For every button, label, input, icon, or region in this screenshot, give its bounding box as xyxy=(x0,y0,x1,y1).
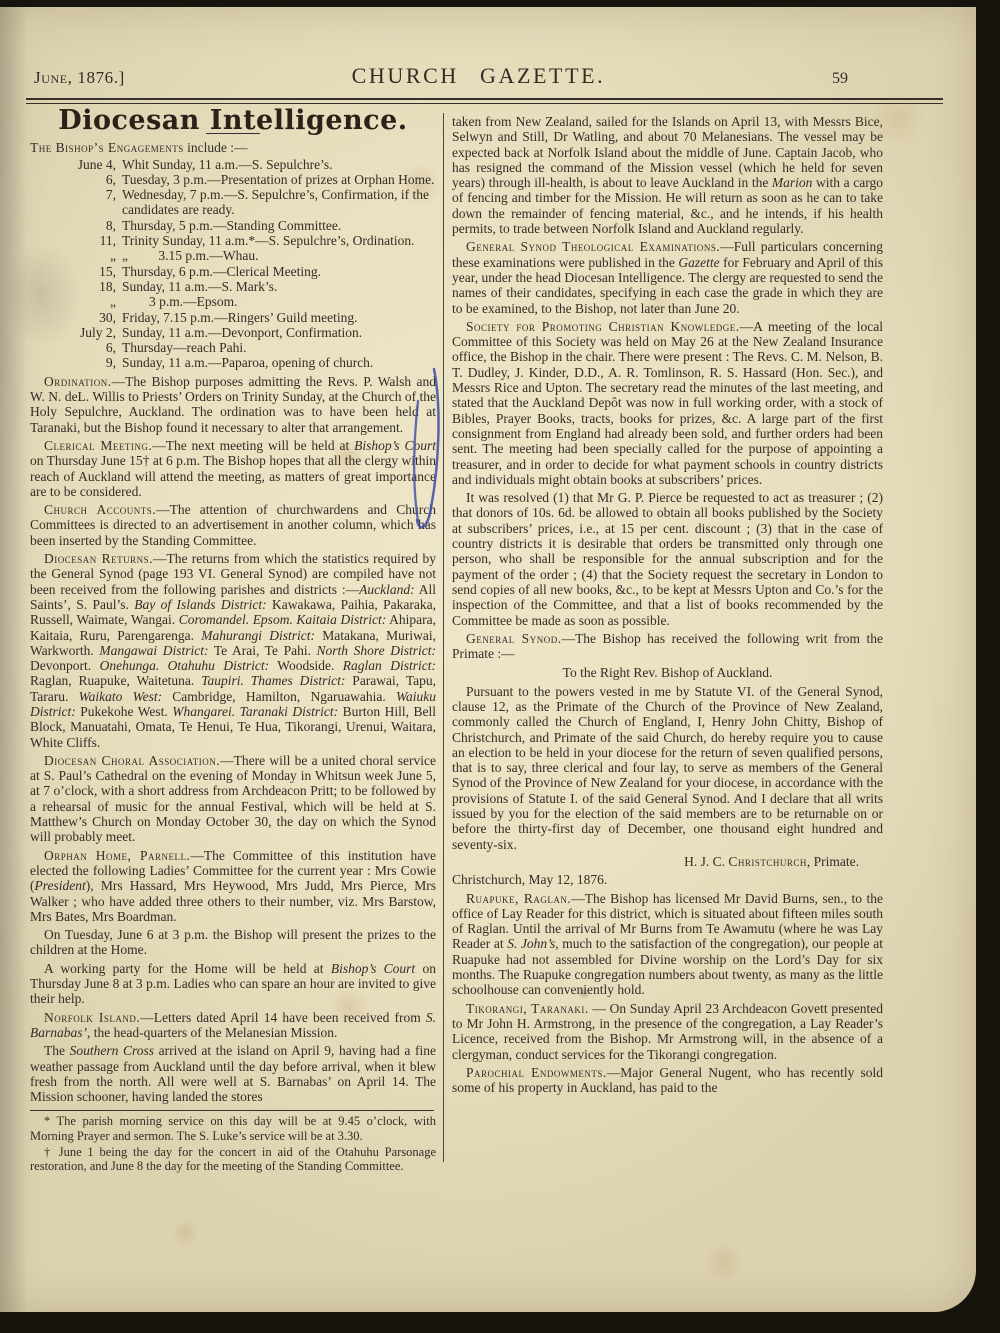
text-segment: , the head-quarters of the Melanesian Mi… xyxy=(87,1025,337,1040)
article-ordination: Ordination.—The Bishop purposes admittin… xyxy=(30,374,436,435)
scan-background: June, 1876.] CHURCH GAZETTE. 59 Diocesan… xyxy=(0,0,1000,1333)
masthead-title: CHURCH GAZETTE. xyxy=(352,63,606,89)
text-segment: Waikato West: xyxy=(79,689,162,704)
text-segment: Diocesan Choral Association. xyxy=(44,753,220,768)
article-spck-resolutions: It was resolved (1) that Mr G. P. Pierce… xyxy=(452,490,883,628)
article-orphan-home-2: On Tuesday, June 6 at 3 p.m. the Bishop … xyxy=(30,927,436,958)
text-segment: Diocesan Returns. xyxy=(44,551,153,566)
engagement-text: Wednesday, 7 p.m.—S. Sepulchre’s, Confir… xyxy=(122,187,436,218)
text-segment: Whangarei. Taranaki District: xyxy=(172,704,338,719)
text-segment: Pukekohe West. xyxy=(76,704,173,719)
left-column: Diocesan Intelligence. The Bishop’s Enga… xyxy=(30,111,436,1174)
engagement-text: Whit Sunday, 11 a.m.—S. Sepulchre’s. xyxy=(122,157,436,172)
text-segment: —Letters dated April 14 have been receiv… xyxy=(140,1010,426,1025)
text-segment: Parochial Endowments. xyxy=(466,1065,607,1080)
engagement-item: 11,Trinity Sunday, 11 a.m.*—S. Sepulchre… xyxy=(30,233,436,248)
article-orphan-home-3: A working party for the Home will be hel… xyxy=(30,961,436,1007)
article-norfolk-island-2: The Southern Cross arrived at the island… xyxy=(30,1043,436,1104)
text-segment: Pursuant to the powers vested in me by S… xyxy=(452,684,883,852)
text-segment: Woodside. xyxy=(269,658,343,673)
text-segment: —A meeting of the local Committee of thi… xyxy=(452,319,883,487)
text-segment: H. J. C. xyxy=(684,854,728,869)
engagement-text: Sunday, 11 a.m.—Paparoa, opening of chur… xyxy=(122,355,436,370)
engagement-date: „ xyxy=(30,248,122,263)
text-segment: Cambridge, Hamilton, Ngaruawahia. xyxy=(162,689,396,704)
engagement-text: Sunday, 11 a.m.—S. Mark’s. xyxy=(122,279,436,294)
text-segment: Bishop’s Court xyxy=(331,961,415,976)
footnote-divider xyxy=(30,1110,434,1111)
article-parochial-endowments: Parochial Endowments.—Major General Nuge… xyxy=(452,1065,883,1096)
right-column: taken from New Zealand, sailed for the I… xyxy=(448,111,883,1174)
engagement-item: „„ 3.15 p.m.—Whau. xyxy=(30,248,436,263)
text-segment: Taupiri. Thames District: xyxy=(201,673,345,688)
article-norfolk-continued: taken from New Zealand, sailed for the I… xyxy=(452,114,883,236)
text-segment: Orphan Home, Parnell. xyxy=(44,848,190,863)
text-segment: Norfolk Island. xyxy=(44,1010,140,1025)
text-segment: Bishop’s Court xyxy=(354,438,436,453)
text-segment: Onehunga. Otahuhu District: xyxy=(100,658,270,673)
engagement-date: 15, xyxy=(30,264,122,279)
engagement-text: Friday, 7.15 p.m.—Ringers’ Guild meeting… xyxy=(122,310,436,325)
engagement-item: 6,Thursday—reach Pahi. xyxy=(30,340,436,355)
text-segment: The xyxy=(44,1043,70,1058)
engagement-date: 6, xyxy=(30,340,122,355)
text-segment: General Synod Theological Examinations. xyxy=(466,239,720,254)
text-segment: The Bishop’s Engagements xyxy=(30,140,184,155)
article-clerical-meeting: Clerical Meeting.—The next meeting will … xyxy=(30,438,436,499)
engagement-date: June 4, xyxy=(30,157,122,172)
article-diocesan-returns: Diocesan Returns.—The returns from which… xyxy=(30,551,436,750)
engagement-date: 30, xyxy=(30,310,122,325)
article-ruapuke: Ruapuke, Raglan.—The Bishop has licensed… xyxy=(452,891,883,998)
writ-dateline: Christchurch, May 12, 1876. xyxy=(452,872,883,887)
text-segment: Ordination. xyxy=(44,374,112,389)
engagement-text: Thursday, 5 p.m.—Standing Committee. xyxy=(122,218,436,233)
column-divider-rule xyxy=(443,113,444,1162)
text-segment: It was resolved (1) that Mr G. P. Pierce… xyxy=(452,490,883,627)
text-segment: Bay of Islands District: xyxy=(134,597,266,612)
article-church-accounts: Church Accounts.—The attention of church… xyxy=(30,502,436,548)
engagements-intro: The Bishop’s Engagements include :— xyxy=(30,140,436,155)
engagement-date: July 2, xyxy=(30,325,122,340)
text-segment: Gazette xyxy=(678,255,719,270)
text-segment: General Synod. xyxy=(466,631,562,646)
writ-signature: H. J. C. Christchurch, Primate. xyxy=(452,854,883,869)
text-segment: , Primate. xyxy=(807,854,859,869)
text-segment: S. John’s xyxy=(507,936,555,951)
engagement-item: „ 3 p.m.—Epsom. xyxy=(30,294,436,309)
text-segment: Mangawai District: xyxy=(99,643,208,658)
footnote-asterisk: * The parish morning service on this day… xyxy=(30,1114,436,1143)
article-tikorangi: Tikorangi, Taranaki. — On Sunday April 2… xyxy=(452,1001,883,1062)
section-heading: Diocesan Intelligence. xyxy=(30,113,436,128)
engagements-list: June 4,Whit Sunday, 11 a.m.—S. Sepulchre… xyxy=(30,157,436,371)
text-segment: President xyxy=(35,878,86,893)
header-rule xyxy=(26,98,943,104)
engagement-text: Tuesday, 3 p.m.—Presentation of prizes a… xyxy=(122,172,436,187)
footnote-dagger: † June 1 being the day for the concert i… xyxy=(30,1145,436,1174)
text-segment: North Shore District: xyxy=(317,643,436,658)
engagement-item: 15,Thursday, 6 p.m.—Clerical Meeting. xyxy=(30,264,436,279)
engagement-text: „ 3.15 p.m.—Whau. xyxy=(122,248,436,263)
right-articles: taken from New Zealand, sailed for the I… xyxy=(452,114,883,1095)
text-segment: ), Mrs Hassard, Mrs Heywood, Mrs Judd, M… xyxy=(30,878,436,924)
engagement-date: 6, xyxy=(30,172,122,187)
text-segment: Tikorangi, Taranaki. xyxy=(466,1001,589,1016)
text-segment: Church Accounts. xyxy=(44,502,156,517)
article-synod-examinations: General Synod Theological Examinations.—… xyxy=(452,239,883,315)
engagement-text: Trinity Sunday, 11 a.m.*—S. Sepulchre’s,… xyxy=(122,233,436,248)
text-segment: A working party for the Home will be hel… xyxy=(44,961,331,976)
text-segment: Christchurch xyxy=(728,854,807,869)
engagement-item: 6,Tuesday, 3 p.m.—Presentation of prizes… xyxy=(30,172,436,187)
text-segment: Coromandel. Epsom. Kaitaia District: xyxy=(179,612,387,627)
engagement-item: 18,Sunday, 11 a.m.—S. Mark’s. xyxy=(30,279,436,294)
engagement-item: July 2,Sunday, 11 a.m.—Devonport, Confir… xyxy=(30,325,436,340)
engagement-text: Sunday, 11 a.m.—Devonport, Confirmation. xyxy=(122,325,436,340)
engagement-date: 9, xyxy=(30,355,122,370)
text-segment: Auckland: xyxy=(359,582,414,597)
text-segment: include :— xyxy=(184,140,248,155)
text-segment: Mahurangi District: xyxy=(201,628,315,643)
engagement-text: Thursday—reach Pahi. xyxy=(122,340,436,355)
engagement-date: 8, xyxy=(30,218,122,233)
engagement-item: 30,Friday, 7.15 p.m.—Ringers’ Guild meet… xyxy=(30,310,436,325)
footnotes: * The parish morning service on this day… xyxy=(30,1114,436,1173)
engagement-text: Thursday, 6 p.m.—Clerical Meeting. xyxy=(122,264,436,279)
engagement-date: „ xyxy=(30,294,122,309)
engagement-item: 8,Thursday, 5 p.m.—Standing Committee. xyxy=(30,218,436,233)
text-segment: Southern Cross xyxy=(70,1043,154,1058)
engagement-date: 7, xyxy=(30,187,122,218)
paragraph: The Bishop’s Engagements include :— xyxy=(30,140,436,155)
text-segment: on Thursday June 15† at 6 p.m. The Bisho… xyxy=(30,453,436,499)
text-segment: Christchurch, May 12, 1876. xyxy=(452,872,607,887)
engagement-date: 11, xyxy=(30,233,122,248)
article-general-synod: General Synod.—The Bishop has received t… xyxy=(452,631,883,662)
text-segment: * The parish morning service on this day… xyxy=(30,1114,436,1143)
engagement-date: 18, xyxy=(30,279,122,294)
article-choral-association: Diocesan Choral Association.—There will … xyxy=(30,753,436,845)
text-segment: Clerical Meeting. xyxy=(44,438,152,453)
columns: Diocesan Intelligence. The Bishop’s Enga… xyxy=(30,111,883,1174)
page-content: June, 1876.] CHURCH GAZETTE. 59 Diocesan… xyxy=(0,7,976,1174)
text-segment: Te Arai, Te Pahi. xyxy=(208,643,316,658)
text-segment: Devonport. xyxy=(30,658,100,673)
engagement-item: 9,Sunday, 11 a.m.—Paparoa, opening of ch… xyxy=(30,355,436,370)
text-segment: Marion xyxy=(772,175,813,190)
engagement-item: June 4,Whit Sunday, 11 a.m.—S. Sepulchre… xyxy=(30,157,436,172)
text-segment: —The next meeting will be held at xyxy=(152,438,354,453)
article-spck: Society for Promoting Christian Knowledg… xyxy=(452,319,883,487)
text-segment: Society for Promoting Christian Knowledg… xyxy=(466,319,740,334)
writ-body: Pursuant to the powers vested in me by S… xyxy=(452,684,883,852)
text-segment: † June 1 being the day for the concert i… xyxy=(30,1145,436,1174)
issue-date: June, 1876.] xyxy=(34,68,125,88)
page-number: 59 xyxy=(832,70,848,88)
writ-addressee: To the Right Rev. Bishop of Auckland. xyxy=(452,665,883,680)
article-orphan-home: Orphan Home, Parnell.—The Committee of t… xyxy=(30,848,436,924)
engagement-item: 7,Wednesday, 7 p.m.—S. Sepulchre’s, Conf… xyxy=(30,187,436,218)
text-segment: On Tuesday, June 6 at 3 p.m. the Bishop … xyxy=(30,927,436,957)
text-segment: Ruapuke, Raglan. xyxy=(466,891,571,906)
left-articles: Ordination.—The Bishop purposes admittin… xyxy=(30,374,436,1105)
newspaper-page: June, 1876.] CHURCH GAZETTE. 59 Diocesan… xyxy=(0,7,976,1312)
page-header: June, 1876.] CHURCH GAZETTE. 59 xyxy=(0,63,976,89)
article-norfolk-island: Norfolk Island.—Letters dated April 14 h… xyxy=(30,1010,436,1041)
text-segment: Raglan District: xyxy=(343,658,436,673)
text-segment: To the Right Rev. Bishop of Auckland. xyxy=(563,665,773,680)
text-segment: Raglan, Ruapuke, Waitetuna. xyxy=(30,673,201,688)
engagement-text: 3 p.m.—Epsom. xyxy=(122,294,436,309)
